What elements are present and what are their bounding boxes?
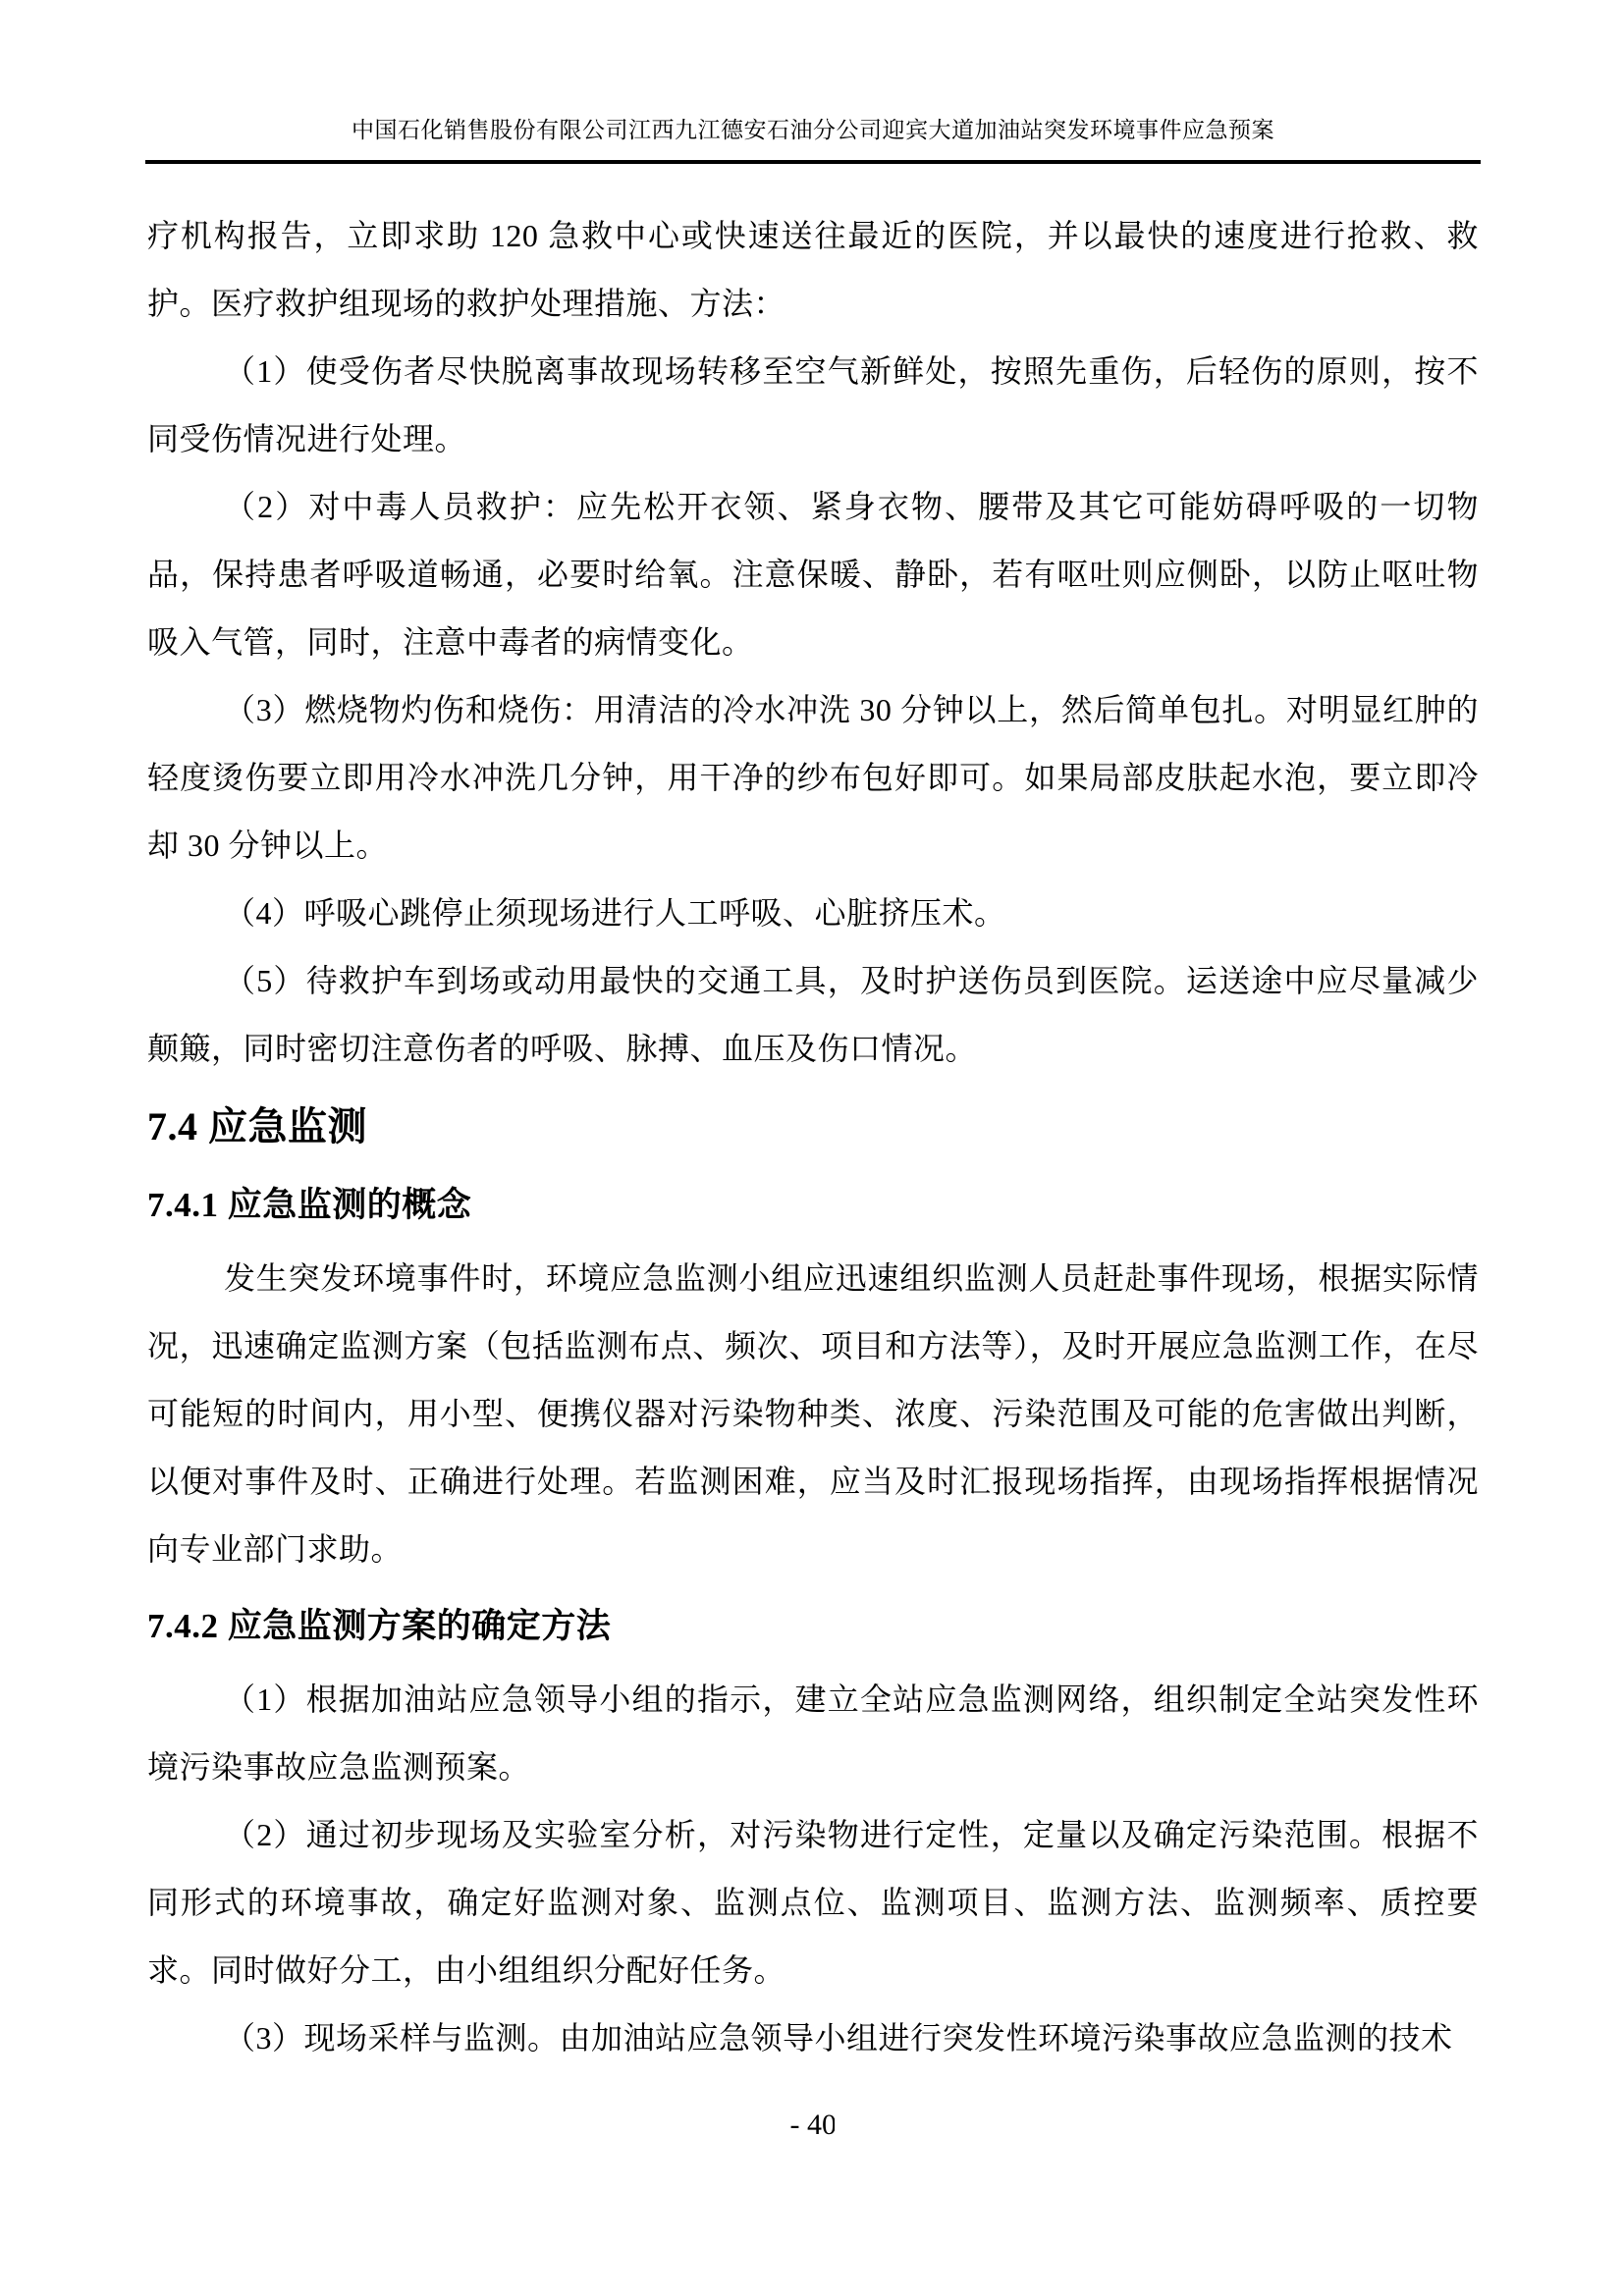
paragraph-monitoring-concept: 发生突发环境事件时，环境应急监测小组应迅速组织监测人员赶赴事件现场，根据实际情况…: [147, 1245, 1479, 1583]
section-heading-7-4-2: 7.4.2 应急监测方案的确定方法: [147, 1592, 1479, 1660]
page-number: - 40: [0, 2106, 1624, 2145]
header-rule: [145, 160, 1481, 164]
section-heading-7-4: 7.4 应急监测: [147, 1089, 1479, 1165]
running-header-title: 中国石化销售股份有限公司江西九江德安石油分公司迎宾大道加油站突发环境事件应急预案: [147, 116, 1479, 145]
paragraph-rescue-item-2: （2）对中毒人员救护：应先松开衣领、紧身衣物、腰带及其它可能妨碍呼吸的一切物品，…: [147, 473, 1479, 676]
paragraph-rescue-item-1: （1）使受伤者尽快脱离事故现场转移至空气新鲜处，按照先重伤，后轻伤的原则，按不同…: [147, 338, 1479, 473]
paragraph-monitoring-method-2: （2）通过初步现场及实验室分析，对污染物进行定性，定量以及确定污染范围。根据不同…: [147, 1801, 1479, 2004]
paragraph-rescue-item-5: （5）待救护车到场或动用最快的交通工具，及时护送伤员到医院。运送途中应尽量减少颠…: [147, 947, 1479, 1083]
section-heading-7-4-1: 7.4.1 应急监测的概念: [147, 1171, 1479, 1239]
paragraph-rescue-item-3: （3）燃烧物灼伤和烧伤：用清洁的冷水冲洗 30 分钟以上，然后简单包扎。对明显红…: [147, 676, 1479, 880]
document-body: 疗机构报告，立即求助 120 急救中心或快速送往最近的医院，并以最快的速度进行抢…: [147, 202, 1479, 2072]
page-number-clipped-digit: 0: [822, 2106, 835, 2145]
paragraph-monitoring-method-1: （1）根据加油站应急领导小组的指示，建立全站应急监测网络，组织制定全站突发性环境…: [147, 1666, 1479, 1801]
paragraph-medical-rescue-intro: 疗机构报告，立即求助 120 急救中心或快速送往最近的医院，并以最快的速度进行抢…: [147, 202, 1479, 338]
page-number-visible-part: - 4: [789, 2109, 822, 2141]
document-page: 中国石化销售股份有限公司江西九江德安石油分公司迎宾大道加油站突发环境事件应急预案…: [0, 0, 1624, 2296]
paragraph-rescue-item-4: （4）呼吸心跳停止须现场进行人工呼吸、心脏挤压术。: [147, 880, 1479, 947]
paragraph-monitoring-method-3: （3）现场采样与监测。由加油站应急领导小组进行突发性环境污染事故应急监测的技术: [147, 2004, 1479, 2072]
